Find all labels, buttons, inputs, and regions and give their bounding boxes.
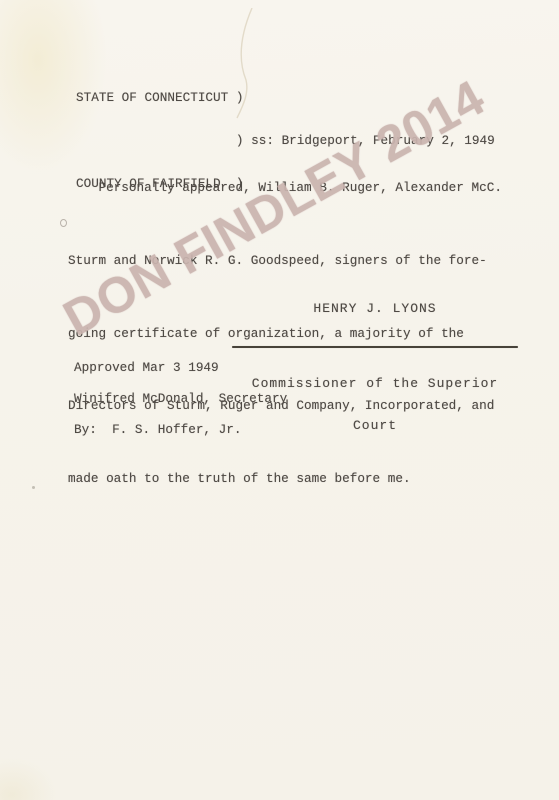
approval-by-line: By: F. S. Hoffer, Jr.	[74, 425, 287, 435]
approval-date-line: Approved Mar 3 1949	[74, 363, 287, 373]
paper-crease	[232, 8, 266, 120]
body-line: made oath to the truth of the same befor…	[68, 467, 502, 491]
approval-secretary-line: Winifred McDonald, Secretary	[74, 394, 287, 404]
ink-speck	[32, 486, 35, 489]
scanned-document-page: STATE OF CONNECTICUT ) ) ss: Bridgeport,…	[0, 0, 559, 800]
signature-name: HENRY J. LYONS	[232, 303, 518, 315]
ink-speck	[60, 219, 67, 227]
approval-block: Approved Mar 3 1949 Winifred McDonald, S…	[74, 342, 287, 456]
